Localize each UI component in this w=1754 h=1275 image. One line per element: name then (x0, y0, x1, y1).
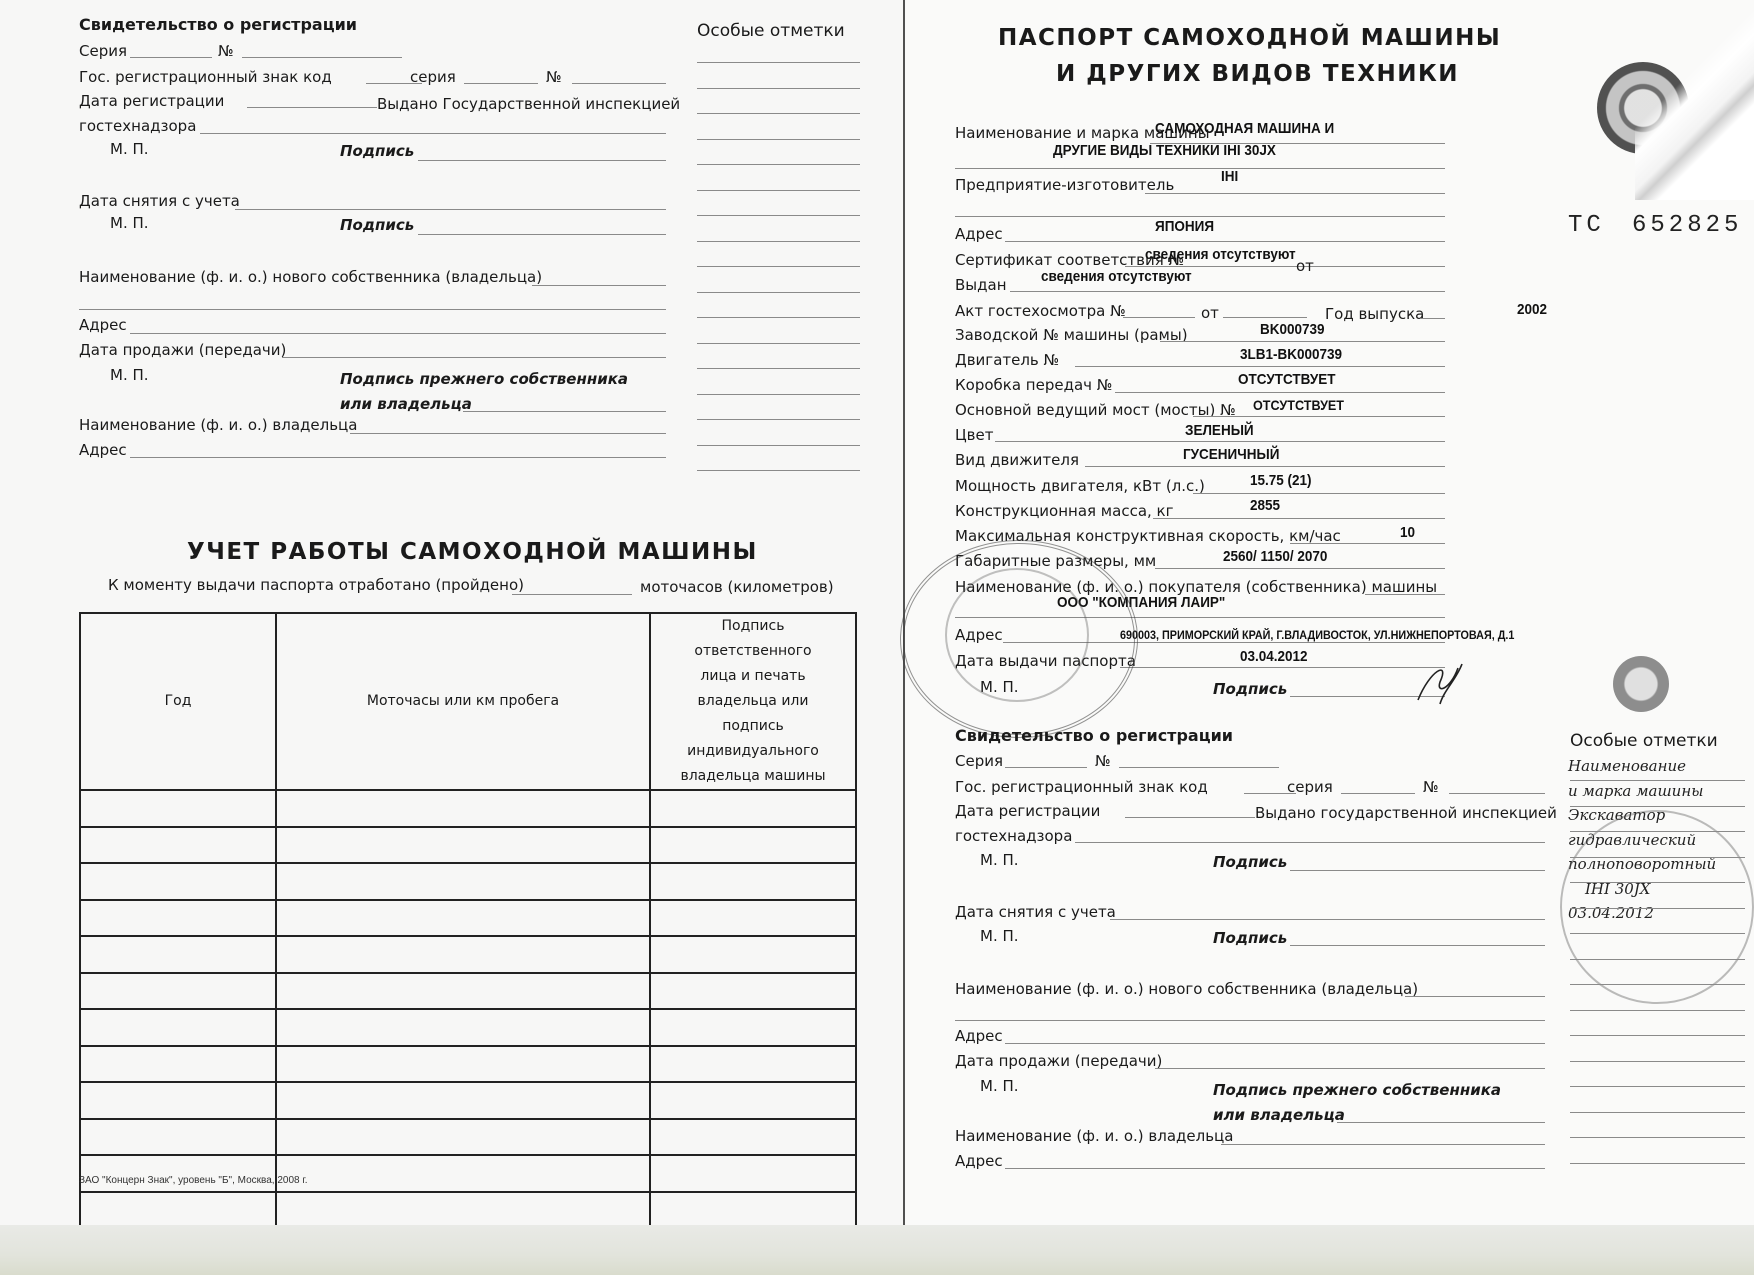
hours-cell[interactable] (276, 900, 650, 937)
special-marks-line[interactable] (1570, 1010, 1745, 1011)
number-label: № (1095, 752, 1111, 770)
frame-field[interactable] (1160, 341, 1445, 342)
page-curl (1635, 0, 1754, 200)
series-label: Серия (955, 752, 1003, 770)
signature-label-2: Подпись (1213, 929, 1287, 947)
series-field[interactable] (1005, 767, 1087, 768)
special-marks-line[interactable] (697, 445, 860, 446)
issued-label: Выдано Государственной инспекцией (377, 95, 680, 113)
printer-footer: ЗАО "Концерн Знак", уровень "Б", Москва,… (79, 1175, 308, 1186)
certificate-from-label: от (1296, 257, 1314, 275)
special-marks-line[interactable] (1570, 1112, 1745, 1113)
hours-cell[interactable] (276, 790, 650, 827)
axle-value: ОТСУТСТВУЕТ (1253, 397, 1344, 413)
registration-heading: Свидетельство о регистрации (79, 16, 357, 34)
special-marks-line[interactable] (697, 62, 860, 63)
propulsion-label: Вид движителя (955, 451, 1079, 469)
special-marks-line[interactable] (1570, 780, 1745, 781)
reg-date-field[interactable] (247, 107, 377, 108)
special-marks-heading: Особые отметки (1570, 732, 1718, 750)
special-marks-line[interactable] (1570, 959, 1745, 960)
hours-worked-field[interactable] (512, 594, 632, 595)
signature-cell[interactable] (650, 790, 856, 827)
new-owner-field-2[interactable] (79, 309, 666, 310)
signature-cell[interactable] (650, 973, 856, 1010)
gearbox-field[interactable] (1115, 392, 1445, 393)
propulsion-value: ГУСЕНИЧНЫЙ (1183, 446, 1279, 463)
stamp-label-2: М. П. (110, 214, 149, 232)
address-value: ЯПОНИЯ (1155, 218, 1214, 235)
special-marks-line[interactable] (697, 215, 860, 216)
prev-owner-signature-line2: или владельца (340, 395, 472, 413)
issued-field[interactable] (1010, 291, 1445, 292)
table-row (80, 1082, 856, 1119)
special-marks-line[interactable] (1570, 908, 1745, 909)
address-label-2: Адрес (79, 441, 127, 459)
special-marks-line[interactable] (697, 368, 860, 369)
address-field-2[interactable] (1005, 1168, 1545, 1169)
year-field[interactable] (1420, 318, 1445, 319)
special-marks-line[interactable] (697, 164, 860, 165)
manufacturer-label: Предприятие-изготовитель (955, 176, 1174, 194)
prev-owner-signature-line2: или владельца (1213, 1106, 1345, 1124)
manufacturer-field-2[interactable] (955, 216, 1445, 217)
special-marks-line[interactable] (1570, 933, 1745, 934)
hours-cell[interactable] (276, 1192, 650, 1229)
handwritten-note: и марка машины (1568, 782, 1703, 800)
number-label: № (218, 42, 234, 60)
registration-heading: Свидетельство о регистрации (955, 727, 1233, 745)
year-cell[interactable] (80, 936, 276, 973)
plate-number-field[interactable] (1449, 793, 1545, 794)
special-marks-line[interactable] (1570, 831, 1745, 832)
table-row (80, 900, 856, 937)
special-marks-line[interactable] (697, 394, 860, 395)
hours-cell[interactable] (276, 1009, 650, 1046)
number-field[interactable] (242, 57, 402, 58)
hours-cell[interactable] (276, 1155, 650, 1192)
speed-field[interactable] (1290, 543, 1445, 544)
special-marks-line[interactable] (697, 292, 860, 293)
table-row (80, 827, 856, 864)
year-cell[interactable] (80, 790, 276, 827)
new-owner-label: Наименование (ф. и. о.) нового собственн… (79, 268, 542, 286)
table-row (80, 936, 856, 973)
signature-cell[interactable] (650, 827, 856, 864)
sale-date-label: Дата продажи (передачи) (955, 1052, 1162, 1070)
stamp-label-3: М. П. (110, 366, 149, 384)
signature-cell[interactable] (650, 1009, 856, 1046)
address-label: Адрес (955, 1027, 1003, 1045)
buyer-field[interactable] (1365, 594, 1445, 595)
plate-label: Гос. регистрационный знак код (79, 68, 332, 86)
certificate-value: сведения отсутствуют (1145, 246, 1296, 263)
signature-cell[interactable] (650, 1192, 856, 1229)
frame-label: Заводской № машины (рамы) (955, 326, 1188, 344)
special-marks-line[interactable] (1570, 1163, 1745, 1164)
gostech-field[interactable] (1075, 842, 1545, 843)
special-marks-line[interactable] (697, 139, 860, 140)
deregistration-label: Дата снятия с учета (955, 903, 1116, 921)
series-field[interactable] (130, 57, 212, 58)
special-marks-line[interactable] (697, 113, 860, 114)
special-marks-line[interactable] (1570, 984, 1745, 985)
name-value-1: САМОХОДНАЯ МАШИНА И (1155, 120, 1334, 137)
scanner-edge (0, 1225, 1754, 1275)
year-value: 2002 (1517, 301, 1547, 318)
stamp-label-2: М. П. (980, 927, 1019, 945)
signature-label-2: Подпись (340, 216, 414, 234)
handwritten-note: Наименование (1568, 757, 1686, 775)
year-cell[interactable] (80, 827, 276, 864)
hours-cell[interactable] (276, 827, 650, 864)
special-marks-line[interactable] (697, 266, 860, 267)
table-row (80, 1009, 856, 1046)
power-field[interactable] (1193, 493, 1445, 494)
special-marks-line[interactable] (697, 317, 860, 318)
stamp-label-3: М. П. (980, 1077, 1019, 1095)
table-row (80, 1046, 856, 1083)
engine-field[interactable] (1075, 366, 1445, 367)
reg-date-field[interactable] (1125, 817, 1255, 818)
stamp-label: М. П. (110, 140, 149, 158)
issued-value: сведения отсутствуют (1041, 268, 1192, 285)
inspection-label: Акт гостехосмотра № (955, 302, 1126, 320)
address-label: Адрес (955, 225, 1003, 243)
work-log-table: Год Моточасы или км пробега Подпись отве… (79, 612, 857, 1229)
signature-cell[interactable] (650, 1082, 856, 1119)
column-header-hours: Моточасы или км пробега (276, 613, 650, 790)
plate-series-label: серия (410, 68, 456, 86)
sale-date-field[interactable] (1155, 1068, 1545, 1069)
new-owner-label: Наименование (ф. и. о.) нового собственн… (955, 980, 1418, 998)
special-marks-line[interactable] (697, 470, 860, 471)
special-marks-line[interactable] (1570, 1137, 1745, 1138)
year-cell[interactable] (80, 1009, 276, 1046)
owner-label: Наименование (ф. и. о.) владельца (79, 416, 357, 434)
inspection-from-label: от (1201, 304, 1219, 322)
color-field[interactable] (995, 441, 1445, 442)
special-marks-line[interactable] (697, 241, 860, 242)
signature-cell[interactable] (650, 1119, 856, 1156)
issued-label: Выдан (955, 276, 1007, 294)
issued-label: Выдано государственной инспекцией (1255, 804, 1557, 822)
issue-date-value: 03.04.2012 (1240, 648, 1308, 665)
propulsion-field[interactable] (1085, 466, 1445, 467)
passport-title-line2: И ДРУГИХ ВИДОВ ТЕХНИКИ (1056, 60, 1459, 88)
plate-series-label: серия (1287, 778, 1333, 796)
special-marks-line[interactable] (1570, 1035, 1745, 1036)
name-field-line2[interactable] (955, 168, 1445, 169)
signature-cell[interactable] (650, 900, 856, 937)
table-row (80, 863, 856, 900)
owner-label: Наименование (ф. и. о.) владельца (955, 1127, 1233, 1145)
address-label: Адрес (79, 316, 127, 334)
year-cell[interactable] (80, 900, 276, 937)
new-owner-field[interactable] (532, 285, 666, 286)
address-field[interactable] (130, 333, 666, 334)
new-owner-field[interactable] (1405, 996, 1545, 997)
customs-stamp-inner-icon (945, 568, 1089, 702)
axle-field[interactable] (1193, 416, 1445, 417)
deregistration-field[interactable] (235, 209, 666, 210)
special-marks-line[interactable] (1570, 806, 1745, 807)
dimensions-value: 2560/ 1150/ 2070 (1223, 548, 1327, 565)
special-marks-line[interactable] (697, 190, 860, 191)
year-cell[interactable] (80, 1192, 276, 1229)
address-label-2: Адрес (955, 1152, 1003, 1170)
signature-cell[interactable] (650, 863, 856, 900)
passport-title-line1: ПАСПОРТ САМОХОДНОЙ МАШИНЫ (998, 24, 1501, 52)
column-header-year: Год (80, 613, 276, 790)
serial-prefix: ТС (1568, 212, 1605, 239)
plate-label: Гос. регистрационный знак код (955, 778, 1208, 796)
mass-label: Конструкционная масса, кг (955, 502, 1173, 520)
number-field[interactable] (1119, 767, 1279, 768)
hours-cell[interactable] (276, 936, 650, 973)
mass-value: 2855 (1250, 497, 1280, 514)
prev-owner-signature-line1: Подпись прежнего собственника (340, 370, 628, 388)
special-marks-heading: Особые отметки (697, 22, 845, 40)
gostech-label: гостехнадзора (955, 827, 1072, 845)
special-marks-line[interactable] (697, 88, 860, 89)
year-label: Год выпуска (1325, 305, 1424, 323)
signature-label: Подпись (1213, 853, 1287, 871)
special-marks-line[interactable] (1570, 882, 1745, 883)
rosette-seal-icon (1613, 656, 1669, 712)
signature-cell[interactable] (650, 1155, 856, 1192)
owner-field[interactable] (1221, 1144, 1545, 1145)
address-field-2[interactable] (130, 457, 666, 458)
work-log-subtitle-prefix: К моменту выдачи паспорта отработано (пр… (108, 576, 524, 594)
inspection-date-field[interactable] (1223, 317, 1307, 318)
year-cell[interactable] (80, 1155, 276, 1192)
table-row (80, 973, 856, 1010)
certificate-field[interactable] (1125, 266, 1445, 267)
table-row (80, 1119, 856, 1156)
gearbox-value: ОТСУТСТВУЕТ (1238, 371, 1336, 388)
special-marks-line[interactable] (1570, 857, 1745, 858)
engine-label: Двигатель № (955, 351, 1059, 369)
signature-scribble-icon (1410, 660, 1470, 712)
frame-value: BK000739 (1260, 321, 1325, 338)
plate-series-field[interactable] (1341, 793, 1415, 794)
color-label: Цвет (955, 426, 993, 444)
plate-series-field[interactable] (464, 83, 538, 84)
signature-field-2[interactable] (418, 234, 666, 235)
deregistration-field[interactable] (1110, 919, 1545, 920)
signature-cell[interactable] (650, 1046, 856, 1083)
sale-date-label: Дата продажи (передачи) (79, 341, 286, 359)
gearbox-label: Коробка передач № (955, 376, 1112, 394)
series-label: Серия (79, 42, 127, 60)
buyer-address-value: 690003, ПРИМОРСКИЙ КРАЙ, Г.ВЛАДИВОСТОК, … (1120, 628, 1514, 642)
inspection-field[interactable] (1123, 317, 1195, 318)
signature-label: Подпись (1213, 680, 1287, 698)
serial-number: 652825 (1632, 212, 1742, 239)
engine-value: 3LB1-BK000739 (1240, 346, 1342, 363)
hours-cell[interactable] (276, 1119, 650, 1156)
left-page: Свидетельство о регистрации Серия № Гос.… (0, 0, 905, 1275)
dimensions-field[interactable] (1155, 568, 1445, 569)
year-cell[interactable] (80, 1119, 276, 1156)
address-field[interactable] (1005, 241, 1445, 242)
signature-label: Подпись (340, 142, 414, 160)
stamp-label: М. П. (980, 851, 1019, 869)
special-marks-line[interactable] (1570, 1086, 1745, 1087)
column-header-signature: Подпись ответственного лица и печать вла… (650, 613, 856, 790)
year-cell[interactable] (80, 1046, 276, 1083)
signature-field[interactable] (418, 160, 666, 161)
mass-field[interactable] (1153, 518, 1445, 519)
signature-cell[interactable] (650, 936, 856, 973)
speed-value: 10 (1400, 524, 1415, 541)
right-page: ПАСПОРТ САМОХОДНОЙ МАШИНЫ И ДРУГИХ ВИДОВ… (905, 0, 1754, 1275)
reg-date-label: Дата регистрации (955, 802, 1100, 820)
power-label: Мощность двигателя, кВт (л.с.) (955, 477, 1205, 495)
deregistration-label: Дата снятия с учета (79, 192, 240, 210)
new-owner-field-2[interactable] (955, 1020, 1545, 1021)
manufacturer-value: IHI (1221, 168, 1238, 185)
owner-field[interactable] (350, 433, 666, 434)
year-cell[interactable] (80, 863, 276, 900)
hours-cell[interactable] (276, 973, 650, 1010)
hours-cell[interactable] (276, 1046, 650, 1083)
prev-owner-signature-field[interactable] (1337, 1122, 1545, 1123)
plate-number-field[interactable] (572, 83, 666, 84)
prev-owner-signature-field[interactable] (463, 411, 666, 412)
table-row (80, 1155, 856, 1192)
gostech-label: гостехнадзора (79, 117, 196, 135)
sale-date-field[interactable] (282, 357, 666, 358)
year-cell[interactable] (80, 1082, 276, 1119)
hours-cell[interactable] (276, 1082, 650, 1119)
year-cell[interactable] (80, 973, 276, 1010)
hours-cell[interactable] (276, 863, 650, 900)
address-field[interactable] (1005, 1043, 1545, 1044)
reg-date-label: Дата регистрации (79, 92, 224, 110)
signature-field-2[interactable] (1290, 945, 1545, 946)
issue-date-field[interactable] (1120, 667, 1445, 668)
power-value: 15.75 (21) (1250, 472, 1312, 489)
work-log-title: УЧЕТ РАБОТЫ САМОХОДНОЙ МАШИНЫ (187, 538, 758, 566)
table-row (80, 1192, 856, 1229)
special-marks-line[interactable] (1570, 1061, 1745, 1062)
prev-owner-signature-line1: Подпись прежнего собственника (1213, 1081, 1501, 1099)
manufacturer-field[interactable] (1145, 193, 1445, 194)
special-marks-line[interactable] (697, 343, 860, 344)
name-value-2: ДРУГИЕ ВИДЫ ТЕХНИКИ IHI 30JX (1053, 142, 1276, 159)
plate-number-label: № (546, 68, 562, 86)
signature-field[interactable] (1290, 870, 1545, 871)
color-value: ЗЕЛЕНЫЙ (1185, 422, 1254, 439)
gostech-field[interactable] (200, 133, 666, 134)
special-marks-line[interactable] (697, 419, 860, 420)
plate-number-label: № (1423, 778, 1439, 796)
table-row (80, 790, 856, 827)
work-log-subtitle-suffix: моточасов (километров) (640, 578, 834, 596)
